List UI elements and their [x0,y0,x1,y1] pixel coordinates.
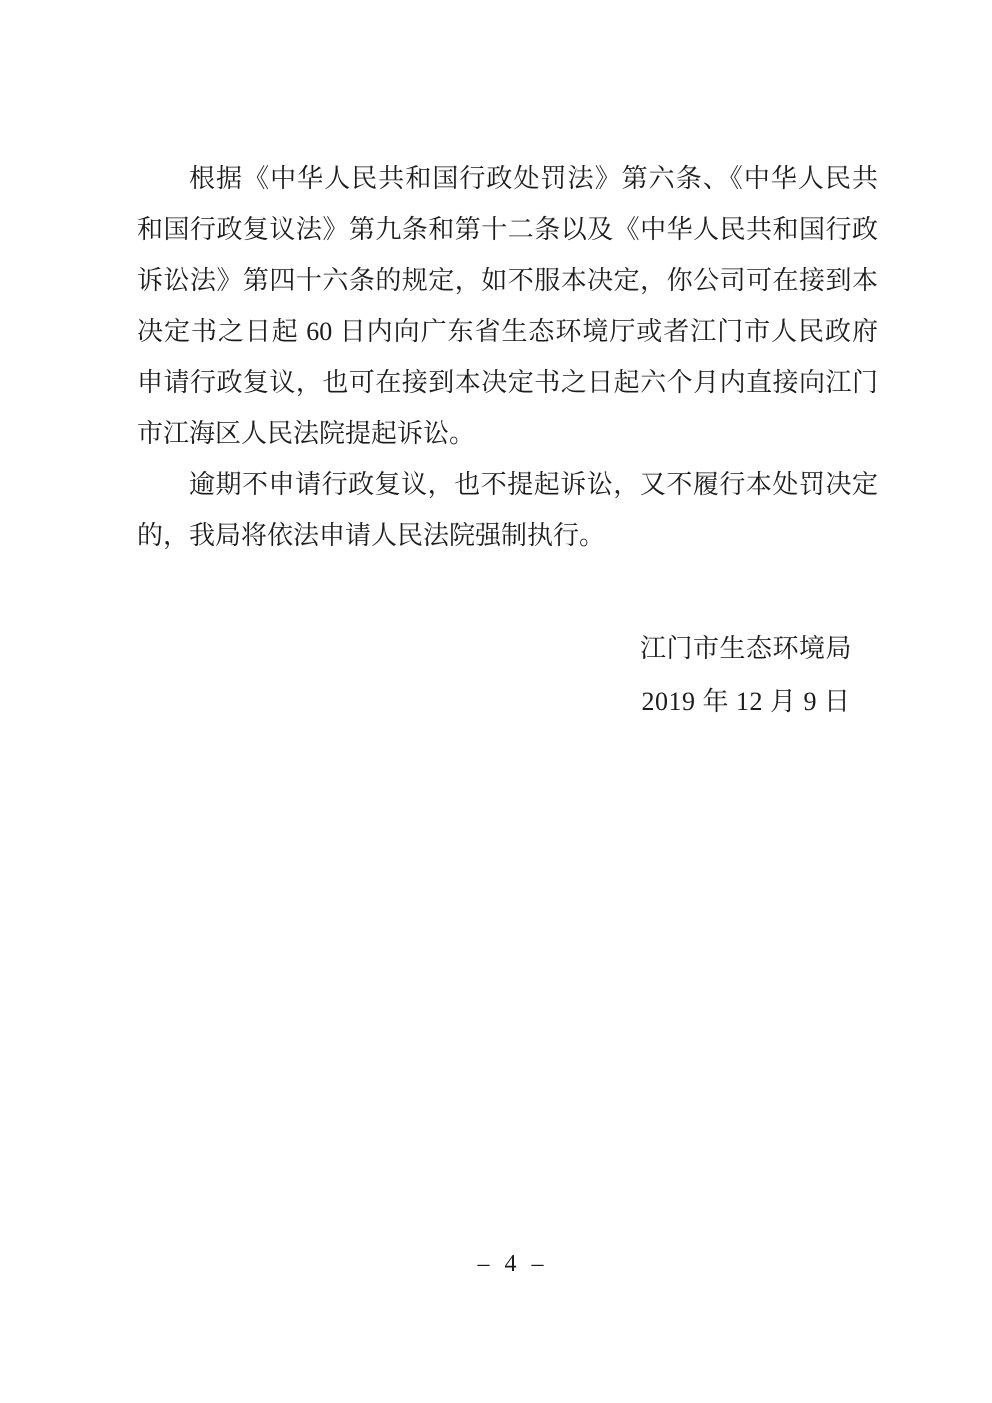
signature-block: 江门市生态环境局 2019 年 12 月 9 日 [606,622,886,728]
body-line: 市江海区人民法院提起诉讼。 [137,408,878,459]
document-body: 根据《中华人民共和国行政处罚法》第六条、《中华人民共 和国行政复议法》第九条和第… [137,153,878,561]
body-line: 和国行政复议法》第九条和第十二条以及《中华人民共和国行政 [137,204,878,255]
body-line: 根据《中华人民共和国行政处罚法》第六条、《中华人民共 [137,153,878,204]
page-footer: – 4 – [30,1251,992,1278]
document-page: 根据《中华人民共和国行政处罚法》第六条、《中华人民共 和国行政复议法》第九条和第… [0,0,992,1403]
page-number: – 4 – [478,1251,545,1277]
body-line: 的，我局将依法申请人民法院强制执行。 [137,510,878,561]
body-line: 决定书之日起 60 日内向广东省生态环境厅或者江门市人民政府 [137,306,878,357]
body-line: 申请行政复议，也可在接到本决定书之日起六个月内直接向江门 [137,357,878,408]
signature-organization: 江门市生态环境局 [606,622,886,675]
signature-date: 2019 年 12 月 9 日 [606,675,886,728]
body-line: 逾期不申请行政复议，也不提起诉讼，又不履行本处罚决定 [137,459,878,510]
body-line: 诉讼法》第四十六条的规定，如不服本决定，你公司可在接到本 [137,255,878,306]
